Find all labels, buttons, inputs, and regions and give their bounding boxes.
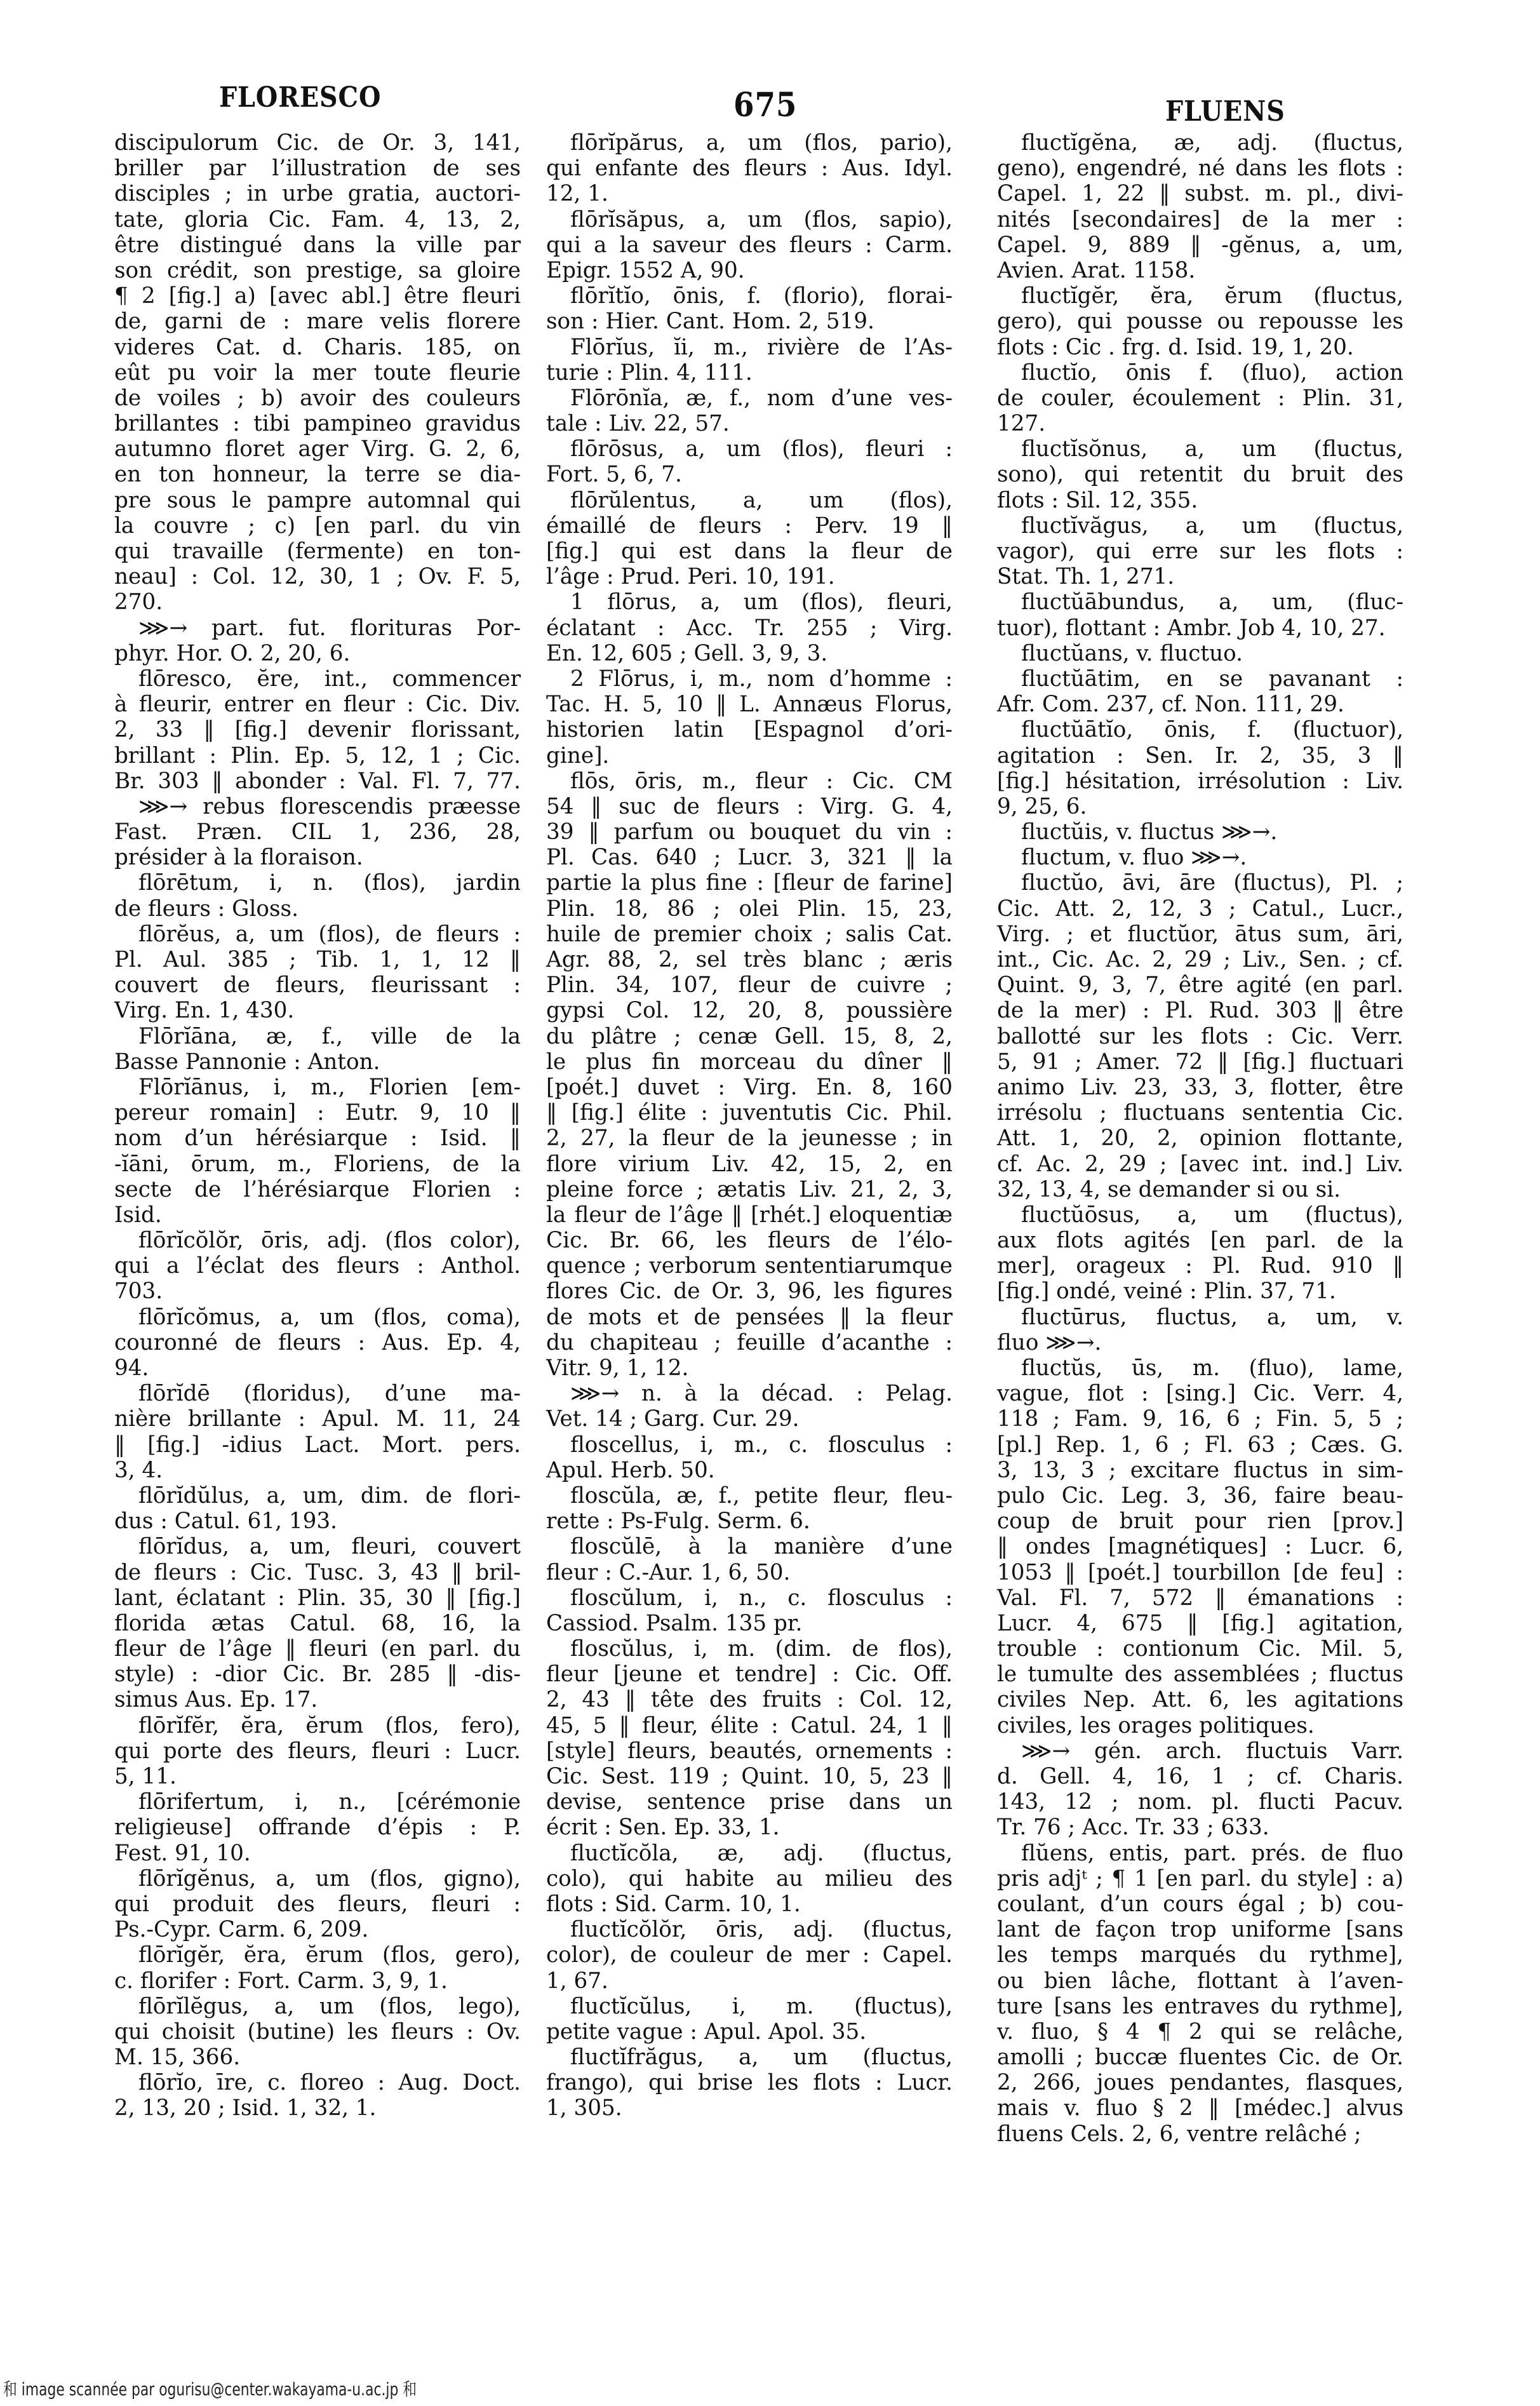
- text-line: Cassiod. Psalm. 135 pr.: [546, 1611, 953, 1636]
- text-line: du plâtre ; cenæ Gell. 15, 8, 2,: [546, 1024, 953, 1049]
- text-line: flōresco, ĕre, int., commencer: [114, 666, 521, 692]
- text-line: vague, flot : [sing.] Cic. Verr. 4,: [997, 1381, 1403, 1406]
- text-line: nom d’un hérésiarque : Isid. ‖: [114, 1126, 521, 1151]
- text-line: v. fluo, § 4 ¶ 2 qui se relâche,: [997, 2019, 1403, 2045]
- text-line: 2, 43 ‖ tête des fruits : Col. 12,: [546, 1687, 953, 1712]
- text-line: flōrĭfĕr, ĕra, ĕrum (flos, fero),: [114, 1713, 521, 1738]
- text-line: flōrĭpărus, a, um (flos, pario),: [546, 130, 953, 156]
- text-line: flōrifertum, i, n., [cérémonie: [114, 1789, 521, 1815]
- text-line: dus : Catul. 61, 193.: [114, 1509, 521, 1534]
- text-line: flŭens, entis, part. prés. de fluo: [997, 1841, 1403, 1866]
- text-line: flots : Sil. 12, 355.: [997, 488, 1403, 513]
- text-line: fluctŭābundus, a, um, (fluc-: [997, 589, 1403, 615]
- text-line: Flōrĭānus, i, m., Florien [em-: [114, 1075, 521, 1100]
- text-line: 1, 67.: [546, 1968, 953, 1994]
- text-line: 1 flōrus, a, um (flos), fleuri,: [546, 589, 953, 615]
- text-line: d. Gell. 4, 16, 1 ; cf. Charis.: [997, 1764, 1403, 1789]
- text-line: 5, 91 ; Amer. 72 ‖ [fig.] fluctuari: [997, 1049, 1403, 1075]
- text-line: Isid.: [114, 1202, 521, 1228]
- text-line: Epigr. 1552 A, 90.: [546, 258, 953, 283]
- text-line: fluctĭo, ōnis f. (fluo), action: [997, 360, 1403, 386]
- text-line: Val. Fl. 7, 572 ‖ émanations :: [997, 1585, 1403, 1611]
- text-line: qui produit des fleurs, fleuri :: [114, 1892, 521, 1917]
- text-line: 1, 305.: [546, 2095, 953, 2121]
- text-line: fleur : C.-Aur. 1, 6, 50.: [546, 1560, 953, 1585]
- text-line: flōrĭtĭo, ōnis, f. (florio), florai-: [546, 283, 953, 309]
- text-line: pleine force ; ætatis Liv. 21, 2, 3,: [546, 1177, 953, 1202]
- text-line: de fleurs : Gloss.: [114, 896, 521, 922]
- text-line: animo Liv. 23, 33, 3, flotter, être: [997, 1075, 1403, 1100]
- text-line: Afr. Com. 237, cf. Non. 111, 29.: [997, 692, 1403, 717]
- text-line: pulo Cic. Leg. 3, 36, faire beau-: [997, 1483, 1403, 1509]
- text-line: ⋙→ gén. arch. fluctuis Varr.: [997, 1738, 1403, 1764]
- text-line: Att. 1, 20, 2, opinion flottante,: [997, 1126, 1403, 1151]
- text-line: ballotté sur les flots : Cic. Verr.: [997, 1024, 1403, 1049]
- text-line: Pl. Cas. 640 ; Lucr. 3, 321 ‖ la: [546, 845, 953, 870]
- text-line: Cic. Br. 66, les fleurs de l’élo-: [546, 1228, 953, 1253]
- text-line: 270.: [114, 589, 521, 615]
- text-line: Cic. Sest. 119 ; Quint. 10, 5, 23 ‖: [546, 1764, 953, 1789]
- text-line: la fleur de l’âge ‖ [rhét.] eloquentiæ: [546, 1202, 953, 1228]
- text-line: nière brillante : Apul. M. 11, 24: [114, 1406, 521, 1432]
- text-line: 2, 27, la fleur de la jeunesse ; in: [546, 1126, 953, 1151]
- running-head-left: FLORESCO: [219, 81, 381, 114]
- text-line: de, garni de : mare velis florere: [114, 309, 521, 334]
- text-line: videres Cat. d. Charis. 185, on: [114, 335, 521, 360]
- text-line: Apul. Herb. 50.: [546, 1458, 953, 1483]
- text-line: [fig.] ondé, veiné : Plin. 37, 71.: [997, 1279, 1403, 1304]
- text-line: brillantes : tibi pampineo gravidus: [114, 411, 521, 436]
- text-line: éclatant : Acc. Tr. 255 ; Virg.: [546, 615, 953, 641]
- text-line: le tumulte des assemblées ; fluctus: [997, 1662, 1403, 1687]
- text-line: Fest. 91, 10.: [114, 1841, 521, 1866]
- text-line: fluctŭis, v. fluctus ⋙→.: [997, 819, 1403, 845]
- text-line: flōs, ōris, m., fleur : Cic. CM: [546, 769, 953, 794]
- text-line: irrésolu ; fluctuans sententia Cic.: [997, 1100, 1403, 1126]
- text-line: tale : Liv. 22, 57.: [546, 411, 953, 436]
- text-line: qui enfante des fleurs : Aus. Idyl.: [546, 156, 953, 181]
- text-line: Capel. 1, 22 ‖ subst. m. pl., divi-: [997, 181, 1403, 206]
- text-line: int., Cic. Ac. 2, 29 ; Liv., Sen. ; cf.: [997, 947, 1403, 972]
- text-line: 9, 25, 6.: [997, 794, 1403, 819]
- text-line: Tac. H. 5, 10 ‖ L. Annæus Florus,: [546, 692, 953, 717]
- text-line: Quint. 9, 3, 7, être agité (en parl.: [997, 972, 1403, 998]
- text-line: Flōrĭus, ĭi, m., rivière de l’As-: [546, 335, 953, 360]
- text-line: son crédit, son prestige, sa gloire: [114, 258, 521, 283]
- text-line: Cic. Att. 2, 12, 3 ; Catul., Lucr.,: [997, 896, 1403, 922]
- text-line: [fig.] qui est dans la fleur de: [546, 539, 953, 564]
- text-line: trouble : contionum Cic. Mil. 5,: [997, 1636, 1403, 1662]
- text-line: flōrĭdŭlus, a, um, dim. de flori-: [114, 1483, 521, 1509]
- text-line: qui porte des fleurs, fleuri : Lucr.: [114, 1738, 521, 1764]
- text-line: de fleurs : Cic. Tusc. 3, 43 ‖ bril-: [114, 1560, 521, 1585]
- text-line: Virg. ; et fluctŭor, ātus sum, āri,: [997, 922, 1403, 947]
- text-line: qui choisit (butine) les fleurs : Ov.: [114, 2019, 521, 2045]
- text-line: fluctŭātim, en se pavanant :: [997, 666, 1403, 692]
- text-line: gero), qui pousse ou repousse les: [997, 309, 1403, 334]
- page-number: 675: [733, 86, 797, 124]
- text-line: 143, 12 ; nom. pl. flucti Pacuv.: [997, 1789, 1403, 1815]
- text-line: Capel. 9, 889 ‖ -gĕnus, a, um,: [997, 232, 1403, 258]
- text-line: 118 ; Fam. 9, 16, 6 ; Fin. 5, 5 ;: [997, 1406, 1403, 1432]
- text-line: rette : Ps-Fulg. Serm. 6.: [546, 1509, 953, 1534]
- text-line: 39 ‖ parfum ou bouquet du vin :: [546, 819, 953, 845]
- text-line: Virg. En. 1, 430.: [114, 998, 521, 1023]
- text-line: 32, 13, 4, se demander si ou si.: [997, 1177, 1403, 1202]
- text-line: fluctĭfrăgus, a, um (fluctus,: [546, 2045, 953, 2070]
- text-line: couvert de fleurs, fleurissant :: [114, 972, 521, 998]
- text-line: Vet. 14 ; Garg. Cur. 29.: [546, 1406, 953, 1432]
- text-line: [style] fleurs, beautés, ornements :: [546, 1738, 953, 1764]
- text-line: agitation : Sen. Ir. 2, 35, 3 ‖: [997, 743, 1403, 769]
- text-line: qui travaille (fermente) en ton-: [114, 539, 521, 564]
- text-line: fluctŭōsus, a, um (fluctus),: [997, 1202, 1403, 1228]
- text-line: ‖ ondes [magnétiques] : Lucr. 6,: [997, 1534, 1403, 1559]
- text-line: fluctĭcŭlus, i, m. (fluctus),: [546, 1994, 953, 2019]
- dictionary-column-2: flōrĭpărus, a, um (flos, pario),qui enfa…: [546, 130, 953, 2121]
- text-line: flōrĭlĕgus, a, um (flos, lego),: [114, 1994, 521, 2019]
- text-line: lant de façon trop uniforme [sans: [997, 1917, 1403, 1942]
- text-line: style) : -dior Cic. Br. 285 ‖ -dis-: [114, 1662, 521, 1687]
- text-line: mer], orageux : Pl. Rud. 910 ‖: [997, 1253, 1403, 1279]
- text-line: flore virium Liv. 42, 15, 2, en: [546, 1152, 953, 1177]
- text-line: flots : Sid. Carm. 10, 1.: [546, 1892, 953, 1917]
- text-line: 703.: [114, 1279, 521, 1304]
- text-line: le plus fin morceau du dîner ‖: [546, 1049, 953, 1075]
- running-head-right: FLUENS: [1165, 95, 1285, 128]
- text-line: fluctŭātĭo, ōnis, f. (fluctuor),: [997, 717, 1403, 743]
- text-line: fluctūrus, fluctus, a, um, v.: [997, 1305, 1403, 1330]
- text-line: flōrĭo, īre, c. floreo : Aug. Doct.: [114, 2070, 521, 2095]
- text-line: à fleurir, entrer en fleur : Cic. Div.: [114, 692, 521, 717]
- text-line: aux flots agités [en parl. de la: [997, 1228, 1403, 1253]
- text-line: présider à la floraison.: [114, 845, 521, 870]
- text-line: flots : Cic . frg. d. Isid. 19, 1, 20.: [997, 335, 1403, 360]
- text-line: Ps.-Cypr. Carm. 6, 209.: [114, 1917, 521, 1942]
- text-line: 2, 33 ‖ [fig.] devenir florissant,: [114, 717, 521, 743]
- text-line: eût pu voir la mer toute fleurie: [114, 360, 521, 386]
- text-line: [pl.] Rep. 1, 6 ; Fl. 63 ; Cæs. G.: [997, 1432, 1403, 1458]
- text-line: ‖ [fig.] -idius Lact. Mort. pers.: [114, 1432, 521, 1458]
- text-line: Avien. Arat. 1158.: [997, 258, 1403, 283]
- text-line: Stat. Th. 1, 271.: [997, 564, 1403, 589]
- text-line: ‖ [fig.] élite : juventutis Cic. Phil.: [546, 1100, 953, 1126]
- text-line: 1053 ‖ [poét.] tourbillon [de feu] :: [997, 1560, 1403, 1585]
- text-line: Pl. Aul. 385 ; Tib. 1, 1, 12 ‖: [114, 947, 521, 972]
- text-line: Flōrōnĭa, æ, f., nom d’une ves-: [546, 386, 953, 411]
- text-line: coulant, d’un cours égal ; b) cou-: [997, 1892, 1403, 1917]
- text-line: partie la plus fine : [fleur de farine]: [546, 870, 953, 896]
- text-line: qui a la saveur des fleurs : Carm.: [546, 232, 953, 258]
- text-line: geno), engendré, né dans les flots :: [997, 156, 1403, 181]
- text-line: 45, 5 ‖ fleur, élite : Catul. 24, 1 ‖: [546, 1713, 953, 1738]
- text-line: secte de l’hérésiarque Florien :: [114, 1177, 521, 1202]
- text-line: qui a l’éclat des fleurs : Anthol.: [114, 1253, 521, 1279]
- text-line: ¶ 2 [fig.] a) [avec abl.] être fleuri: [114, 283, 521, 309]
- text-line: Tr. 76 ; Acc. Tr. 33 ; 633.: [997, 1815, 1403, 1840]
- text-line: de voiles ; b) avoir des couleurs: [114, 386, 521, 411]
- text-line: Vitr. 9, 1, 12.: [546, 1355, 953, 1381]
- text-line: fluctĭcŏlŏr, ōris, adj. (fluctus,: [546, 1917, 953, 1942]
- text-line: florida ætas Catul. 68, 16, la: [114, 1611, 521, 1636]
- text-line: 127.: [997, 411, 1403, 436]
- text-line: flōrētum, i, n. (flos), jardin: [114, 870, 521, 896]
- text-line: flōrĕus, a, um (flos), de fleurs :: [114, 922, 521, 947]
- text-line: historien latin [Espagnol d’ori-: [546, 717, 953, 743]
- text-line: Flōrĭāna, æ, f., ville de la: [114, 1024, 521, 1049]
- text-line: de mots et de pensées ‖ la fleur: [546, 1305, 953, 1330]
- text-line: fluctĭcŏla, æ, adj. (fluctus,: [546, 1841, 953, 1866]
- dictionary-column-1: discipulorum Cic. de Or. 3, 141,briller …: [114, 130, 521, 2121]
- dictionary-column-3: fluctĭgĕna, æ, adj. (fluctus,geno), enge…: [997, 130, 1403, 2147]
- text-line: lant, éclatant : Plin. 35, 30 ‖ [fig.]: [114, 1585, 521, 1611]
- text-line: mais v. fluo § 2 ‖ [médec.] alvus: [997, 2095, 1403, 2121]
- text-line: quence ; verborum sententiarumque: [546, 1253, 953, 1279]
- text-line: turie : Plin. 4, 111.: [546, 360, 953, 386]
- text-line: gypsi Col. 12, 20, 8, poussière: [546, 998, 953, 1023]
- text-line: civiles Nep. Att. 6, les agitations: [997, 1687, 1403, 1712]
- text-line: En. 12, 605 ; Gell. 3, 9, 3.: [546, 641, 953, 666]
- text-line: tate, gloria Cic. Fam. 4, 13, 2,: [114, 207, 521, 232]
- text-line: émaillé de fleurs : Perv. 19 ‖: [546, 513, 953, 539]
- text-line: fluctĭgĕna, æ, adj. (fluctus,: [997, 130, 1403, 156]
- text-line: ou bien lâche, flottant à l’aven-: [997, 1968, 1403, 1994]
- text-line: ⋙→ rebus florescendis præesse: [114, 794, 521, 819]
- text-line: pris adjᵗ ; ¶ 1 [en parl. du style] : a): [997, 1866, 1403, 1892]
- text-line: briller par l’illustration de ses: [114, 156, 521, 181]
- text-line: fluctĭgĕr, ĕra, ĕrum (fluctus,: [997, 283, 1403, 309]
- text-line: être distingué dans la ville par: [114, 232, 521, 258]
- text-line: nités [secondaires] de la mer :: [997, 207, 1403, 232]
- text-line: 2 Flōrus, i, m., nom d’homme :: [546, 666, 953, 692]
- text-line: fleur [jeune et tendre] : Cic. Off.: [546, 1662, 953, 1687]
- text-line: flōrĭcŏmus, a, um (flos, coma),: [114, 1305, 521, 1330]
- text-line: frango), qui brise les flots : Lucr.: [546, 2070, 953, 2095]
- text-line: fluctĭvăgus, a, um (fluctus,: [997, 513, 1403, 539]
- text-line: 5, 11.: [114, 1764, 521, 1789]
- text-line: phyr. Hor. O. 2, 20, 6.: [114, 641, 521, 666]
- text-line: ⋙→ part. fut. florituras Por-: [114, 615, 521, 641]
- text-line: flōrĭcŏlŏr, ōris, adj. (flos color),: [114, 1228, 521, 1253]
- text-line: color), de couleur de mer : Capel.: [546, 1942, 953, 1968]
- text-line: discipulorum Cic. de Or. 3, 141,: [114, 130, 521, 156]
- text-line: brillant : Plin. Ep. 5, 12, 1 ; Cic.: [114, 743, 521, 769]
- text-line: flores Cic. de Or. 3, 96, les figures: [546, 1279, 953, 1304]
- text-line: 2, 13, 20 ; Isid. 1, 32, 1.: [114, 2095, 521, 2121]
- text-line: Agr. 88, 2, sel très blanc ; æris: [546, 947, 953, 972]
- text-line: fluctŭans, v. fluctuo.: [997, 641, 1403, 666]
- text-line: vagor), qui erre sur les flots :: [997, 539, 1403, 564]
- text-line: c. florifer : Fort. Carm. 3, 9, 1.: [114, 1968, 521, 1994]
- text-line: flōrōsus, a, um (flos), fleuri :: [546, 436, 953, 462]
- text-line: fluo ⋙→.: [997, 1330, 1403, 1355]
- text-line: couronné de fleurs : Aus. Ep. 4,: [114, 1330, 521, 1355]
- text-line: coup de bruit pour rien [prov.]: [997, 1509, 1403, 1534]
- text-line: colo), qui habite au milieu des: [546, 1866, 953, 1892]
- text-line: flōrĭdē (floridus), d’une ma-: [114, 1381, 521, 1406]
- scan-credit-footer: 和 image scannée par ogurisu@center.wakay…: [3, 2376, 417, 2401]
- text-line: simus Aus. Ep. 17.: [114, 1687, 521, 1712]
- text-line: fluens Cels. 2, 6, ventre relâché ;: [997, 2121, 1403, 2147]
- text-line: Fort. 5, 6, 7.: [546, 462, 953, 487]
- text-line: floscŭlus, i, m. (dim. de flos),: [546, 1636, 953, 1662]
- text-line: huile de premier choix ; salis Cat.: [546, 922, 953, 947]
- text-line: écrit : Sen. Ep. 33, 1.: [546, 1815, 953, 1840]
- text-line: floscŭlē, à la manière d’une: [546, 1534, 953, 1559]
- text-line: 3, 4.: [114, 1458, 521, 1483]
- text-line: floscŭla, æ, f., petite fleur, fleu-: [546, 1483, 953, 1509]
- text-line: sono), qui retentit du bruit des: [997, 462, 1403, 487]
- text-line: pereur romain] : Eutr. 9, 10 ‖: [114, 1100, 521, 1126]
- text-line: de la mer) : Pl. Rud. 303 ‖ être: [997, 998, 1403, 1023]
- text-line: [poét.] duvet : Virg. En. 8, 160: [546, 1075, 953, 1100]
- text-line: flōrĭsăpus, a, um (flos, sapio),: [546, 207, 953, 232]
- text-line: Plin. 34, 107, fleur de cuivre ;: [546, 972, 953, 998]
- text-line: amolli ; buccæ fluentes Cic. de Or.: [997, 2045, 1403, 2070]
- text-line: Plin. 18, 86 ; olei Plin. 15, 23,: [546, 896, 953, 922]
- text-line: fluctŭs, ūs, m. (fluo), lame,: [997, 1355, 1403, 1381]
- text-line: -ĭāni, ōrum, m., Floriens, de la: [114, 1152, 521, 1177]
- text-line: 2, 266, joues pendantes, flasques,: [997, 2070, 1403, 2095]
- text-line: flōrĭgĕr, ĕra, ĕrum (flos, gero),: [114, 1942, 521, 1968]
- text-line: 3, 13, 3 ; excitare fluctus in sim-: [997, 1458, 1403, 1483]
- text-line: ture [sans les entraves du rythme],: [997, 1994, 1403, 2019]
- text-line: Lucr. 4, 675 ‖ [fig.] agitation,: [997, 1611, 1403, 1636]
- text-line: cf. Ac. 2, 29 ; [avec int. ind.] Liv.: [997, 1152, 1403, 1177]
- text-line: 12, 1.: [546, 181, 953, 206]
- text-line: la couvre ; c) [en parl. du vin: [114, 513, 521, 539]
- text-line: religieuse] offrande d’épis : P.: [114, 1815, 521, 1840]
- text-line: tuor), flottant : Ambr. Job 4, 10, 27.: [997, 615, 1403, 641]
- text-line: l’âge : Prud. Peri. 10, 191.: [546, 564, 953, 589]
- text-line: fluctŭo, āvi, āre (fluctus), Pl. ;: [997, 870, 1403, 896]
- text-line: civiles, les orages politiques.: [997, 1713, 1403, 1738]
- text-line: ⋙→ n. à la décad. : Pelag.: [546, 1381, 953, 1406]
- text-line: flōrĭdus, a, um, fleuri, couvert: [114, 1534, 521, 1559]
- text-line: Fast. Præn. CIL 1, 236, 28,: [114, 819, 521, 845]
- text-line: du chapiteau ; feuille d’acanthe :: [546, 1330, 953, 1355]
- text-line: autumno floret ager Virg. G. 2, 6,: [114, 436, 521, 462]
- text-line: Br. 303 ‖ abonder : Val. Fl. 7, 77.: [114, 769, 521, 794]
- text-line: devise, sentence prise dans un: [546, 1789, 953, 1815]
- text-line: 94.: [114, 1355, 521, 1381]
- text-line: 54 ‖ suc de fleurs : Virg. G. 4,: [546, 794, 953, 819]
- text-line: flōrĭgĕnus, a, um (flos, gigno),: [114, 1866, 521, 1892]
- text-line: les temps marqués du rythme],: [997, 1942, 1403, 1968]
- text-line: en ton honneur, la terre se dia-: [114, 462, 521, 487]
- text-line: pre sous le pampre automnal qui: [114, 488, 521, 513]
- text-line: disciples ; in urbe gratia, auctori-: [114, 181, 521, 206]
- text-line: son : Hier. Cant. Hom. 2, 519.: [546, 309, 953, 334]
- text-line: petite vague : Apul. Apol. 35.: [546, 2019, 953, 2045]
- text-line: fluctum, v. fluo ⋙→.: [997, 845, 1403, 870]
- text-line: Basse Pannonie : Anton.: [114, 1049, 521, 1075]
- text-line: fleur de l’âge ‖ fleuri (en parl. du: [114, 1636, 521, 1662]
- text-line: de couler, écoulement : Plin. 31,: [997, 386, 1403, 411]
- text-line: [fig.] hésitation, irrésolution : Liv.: [997, 769, 1403, 794]
- text-line: M. 15, 366.: [114, 2045, 521, 2070]
- text-line: floscŭlum, i, n., c. flosculus :: [546, 1585, 953, 1611]
- text-line: flōrŭlentus, a, um (flos),: [546, 488, 953, 513]
- text-line: fluctĭsŏnus, a, um (fluctus,: [997, 436, 1403, 462]
- text-line: gine].: [546, 743, 953, 769]
- text-line: neau] : Col. 12, 30, 1 ; Ov. F. 5,: [114, 564, 521, 589]
- text-line: floscellus, i, m., c. flosculus :: [546, 1432, 953, 1458]
